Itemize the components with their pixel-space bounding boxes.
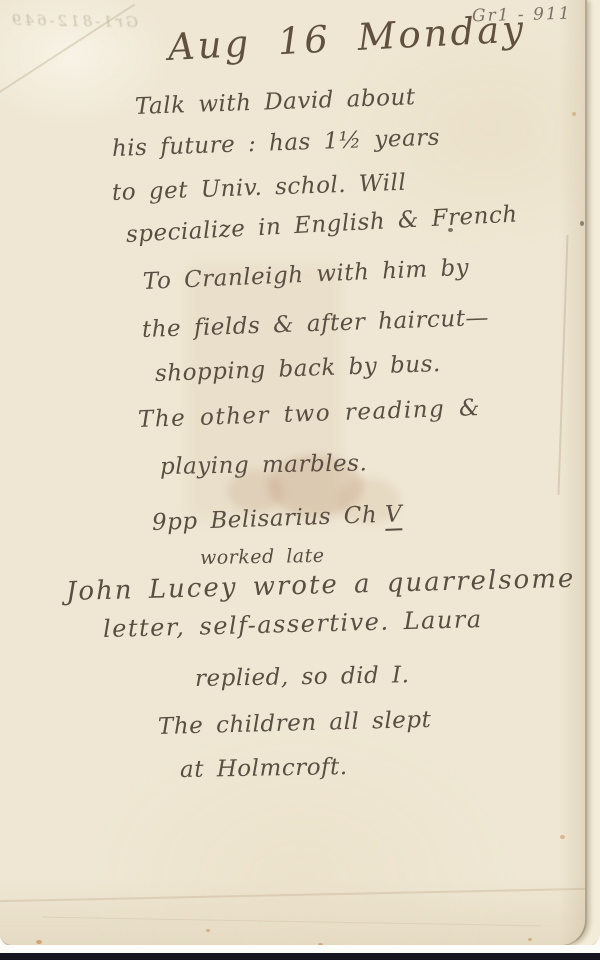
underlined-roman-numeral: V <box>385 501 403 531</box>
handwritten-line: playing marbles. <box>160 450 368 480</box>
foxing-spot <box>560 835 565 839</box>
scanner-bottom-bar <box>0 953 600 960</box>
handwritten-line: his future : has 1½ years <box>112 125 441 162</box>
handwritten-line: to get Univ. schol. Will <box>112 170 407 206</box>
handwritten-line: worked late <box>200 545 325 569</box>
showthrough-text: Gr1-812-649 <box>6 11 138 31</box>
handwritten-line: John Lucey wrote a quarrelsome <box>66 564 576 607</box>
handwritten-line: The children all slept <box>158 707 432 740</box>
handwritten-line: specialize in English & French <box>125 201 518 247</box>
crease-line <box>42 917 542 927</box>
foxing-spot <box>36 940 42 944</box>
handwritten-line: replied, so did I. <box>195 662 410 692</box>
foxing-spot <box>206 929 210 932</box>
edge-nick <box>580 221 584 226</box>
foxing-spot <box>528 938 532 941</box>
foxing-spot <box>572 112 576 116</box>
handwritten-line: Talk with David about <box>135 84 416 120</box>
crease-line <box>0 888 585 902</box>
line-text: 9pp Belisarius Ch <box>152 502 378 536</box>
diary-page: Gr1-812-649 Gr1 - 911 Aug 16 Monday Talk… <box>0 0 587 946</box>
date-heading: Aug 16 Monday <box>167 7 527 69</box>
handwritten-line: at Holmcroft. <box>180 754 348 783</box>
scanned-document: Gr1-812-649 Gr1 - 911 Aug 16 Monday Talk… <box>0 0 600 960</box>
crease-line <box>557 235 568 495</box>
handwritten-line: letter, self-assertive. Laura <box>103 605 483 643</box>
